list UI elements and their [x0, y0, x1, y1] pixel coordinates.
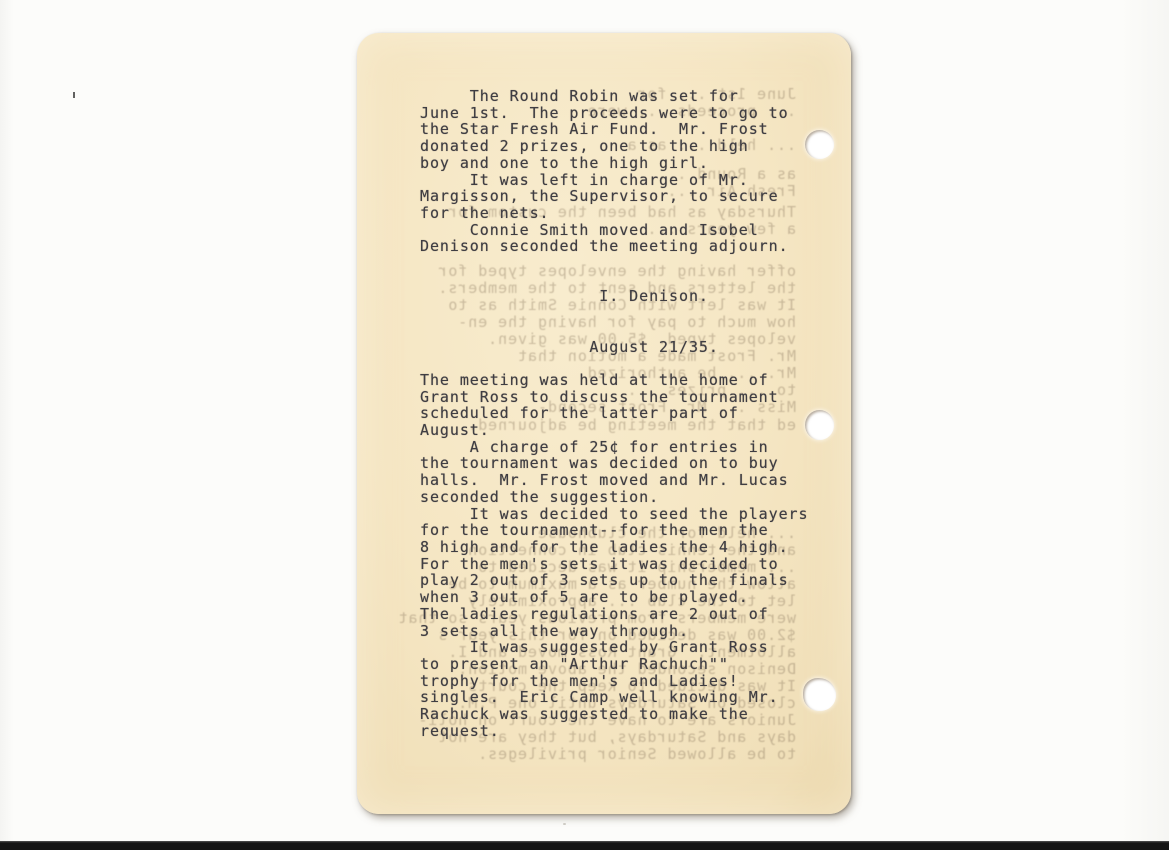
stray-ink-mark	[73, 92, 75, 98]
punch-hole-middle	[805, 410, 834, 440]
document-page: June 1st ... for... proceeds ... were...…	[357, 33, 851, 814]
typed-text-block: The Round Robin was set for June 1st. Th…	[420, 88, 808, 739]
dust-speck	[563, 823, 566, 825]
bleedthrough-line: to be allowed Senior privileges.	[477, 745, 796, 763]
punch-hole-top	[805, 130, 834, 159]
punch-hole-bottom	[803, 678, 836, 711]
scan-background: June 1st ... for... proceeds ... were...…	[0, 0, 1169, 850]
scanner-edge-bar	[0, 841, 1169, 850]
